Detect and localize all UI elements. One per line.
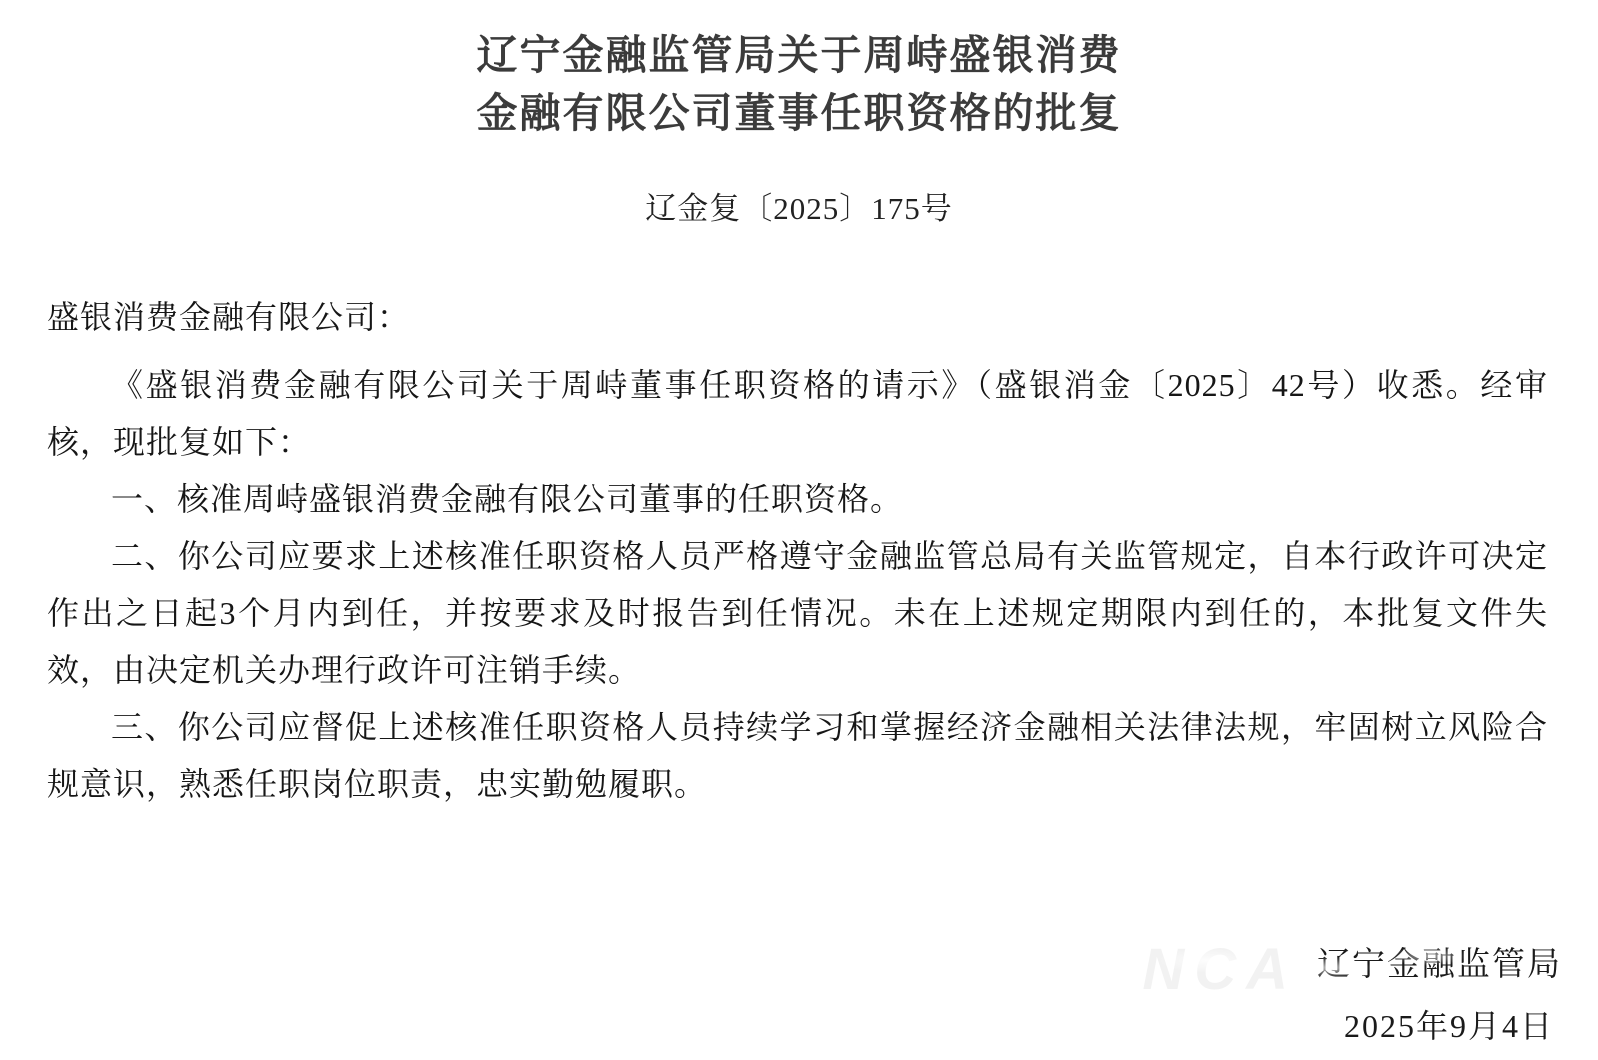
document-page: 辽宁金融监管局关于周峙盛银消费 金融有限公司董事任职资格的批复 辽金复〔2025…	[0, 0, 1598, 1060]
paragraph-item-2: 二、你公司应要求上述核准任职资格人员严格遵守金融监管总局有关监管规定，自本行政许…	[47, 528, 1548, 699]
paragraph-intro: 《盛银消费金融有限公司关于周峙董事任职资格的请示》（盛银消金〔2025〕42号）…	[47, 357, 1548, 471]
document-number: 辽金复〔2025〕175号	[0, 183, 1598, 228]
issuer-signature: 辽宁金融监管局	[1317, 938, 1562, 985]
title-line-2: 金融有限公司董事任职资格的批复	[0, 84, 1598, 142]
title-line-1: 辽宁金融监管局关于周峙盛银消费	[0, 26, 1598, 84]
paragraph-item-3: 三、你公司应督促上述核准任职资格人员持续学习和掌握经济金融相关法律法规，牢固树立…	[47, 699, 1548, 813]
paragraph-item-1: 一、核准周峙盛银消费金融有限公司董事的任职资格。	[47, 471, 1548, 528]
watermark-ghost: NCA	[1142, 936, 1298, 1003]
salutation: 盛银消费金融有限公司：	[47, 289, 1548, 346]
document-body: 盛银消费金融有限公司： 《盛银消费金融有限公司关于周峙董事任职资格的请示》（盛银…	[47, 289, 1548, 813]
issue-date: 2025年9月4日	[1344, 1001, 1554, 1047]
document-title: 辽宁金融监管局关于周峙盛银消费 金融有限公司董事任职资格的批复	[0, 26, 1598, 142]
